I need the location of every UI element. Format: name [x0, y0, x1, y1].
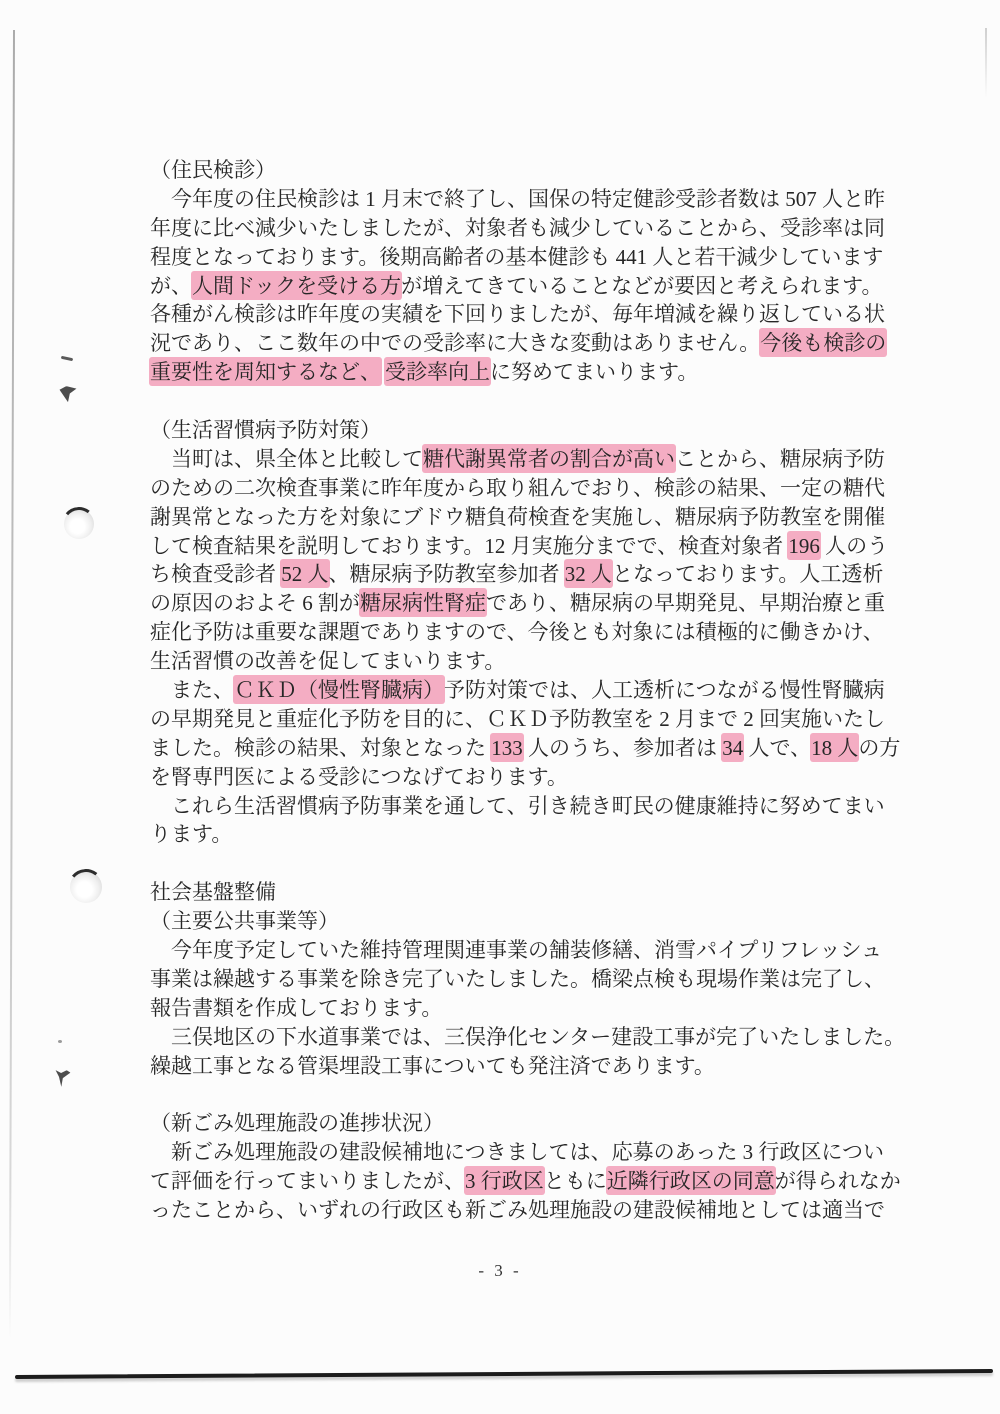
text-line: ち検査受診者 52 人、糖尿病予防教室参加者 32 人となっております。人工透析	[150, 560, 856, 589]
highlighted-text: 重要性を周知するなど、	[149, 357, 382, 386]
text-segment: 当町は、県全体と比較して	[150, 447, 423, 471]
text-segment: 程度となっております。後期高齢者の基本健診も 441 人と若干減少しています	[150, 245, 883, 269]
text-segment: 今年度の住民検診は 1 月末で終了し、国保の特定健診受診者数は 507 人と昨	[150, 187, 885, 211]
text-line: 程度となっております。後期高齢者の基本健診も 441 人と若干減少しています	[150, 243, 856, 272]
text-segment: （生活習慣病予防対策）	[150, 418, 381, 442]
highlighted-text: 196	[787, 531, 821, 560]
text-line: 年度に比べ減少いたしましたが、対象者も減少していることから、受診率は同	[150, 214, 856, 243]
text-segment: （新ごみ処理施設の進捗状況）	[150, 1111, 444, 1135]
text-line: 重要性を周知するなど、受診率向上に努めてまいります。	[150, 358, 856, 387]
text-line: これら生活習慣病予防事業を通して、引き続き町民の健康維持に努めてまい	[150, 792, 856, 821]
text-line: して検査結果を説明しております。12 月実施分までで、検査対象者 196 人のう	[150, 532, 856, 561]
text-segment: 生活習慣の改善を促してまいります。	[150, 649, 505, 673]
text-segment: 、糖尿病予防教室参加者	[329, 562, 565, 586]
text-segment: 年度に比べ減少いたしましたが、対象者も減少していることから、受診率は同	[150, 216, 885, 240]
text-line: を腎専門医による受診につなげております。	[150, 763, 856, 792]
section-heading: 社会基盤整備	[150, 878, 856, 907]
text-segment: ともに	[544, 1169, 607, 1193]
ink-mark	[61, 356, 73, 361]
text-line: ります。	[150, 820, 856, 849]
text-segment: 症化予防は重要な課題でありますので、今後とも対象には積極的に働きかけ、	[150, 620, 884, 644]
text-line: 今年度予定していた維持管理関連事業の舗装修繕、消雪パイプリフレッシュ	[150, 936, 856, 965]
text-segment: 繰越工事となる管渠埋設工事についても発注済であります。	[150, 1054, 715, 1078]
text-segment: して検査結果を説明しております。12 月実施分までで、検査対象者	[150, 534, 788, 558]
text-segment: 各種がん検診は昨年度の実績を下回りましたが、毎年増減を繰り返している状	[150, 302, 885, 326]
text-segment: 況であり、ここ数年の中での受診率に大きな変動はありません。	[150, 331, 760, 355]
punch-hole	[70, 871, 102, 903]
text-segment: の早期発見と重症化予防を目的に、ＣＫＤ予防教室を 2 月まで 2 回実施いたし	[150, 707, 885, 731]
text-line: 当町は、県全体と比較して糖代謝異常者の割合が高いことから、糖尿病予防	[150, 445, 856, 474]
document-body: （住民検診） 今年度の住民検診は 1 月末で終了し、国保の特定健診受診者数は 5…	[150, 156, 856, 1225]
text-line: 今年度の住民検診は 1 月末で終了し、国保の特定健診受診者数は 507 人と昨	[150, 185, 856, 214]
paper-right-edge	[985, 28, 987, 98]
text-line: 三俣地区の下水道事業では、三俣浄化センター建設工事が完了いたしました。	[150, 1023, 856, 1052]
text-segment: のための二次検査事業に昨年度から取り組んでおり、検診の結果、一定の糖代	[150, 476, 885, 500]
text-line: ったことから、いずれの行政区も新ごみ処理施設の建設候補地としては適当で	[150, 1196, 856, 1225]
text-segment: 新ごみ処理施設の建設候補地につきましては、応募のあった 3 行政区につい	[150, 1140, 884, 1164]
text-line: 況であり、ここ数年の中での受診率に大きな変動はありません。今後も検診の	[150, 329, 856, 358]
ink-mark	[58, 1040, 62, 1043]
text-line: の原因のおよそ 6 割が糖尿病性腎症であり、糖尿病の早期発見、早期治療と重	[150, 589, 856, 618]
text-segment: に努めてまいります。	[490, 360, 698, 384]
text-line: 繰越工事となる管渠埋設工事についても発注済であります。	[150, 1052, 856, 1081]
scanned-page: （住民検診） 今年度の住民検診は 1 月末で終了し、国保の特定健診受診者数は 5…	[0, 0, 1000, 1414]
punch-hole	[64, 509, 94, 539]
text-line: 謝異常となった方を対象にブドウ糖負荷検査を実施し、糖尿病予防教室を開催	[150, 503, 856, 532]
text-segment: て評価を行ってまいりましたが、	[150, 1169, 465, 1193]
paper-bottom-edge	[15, 1369, 993, 1379]
text-segment: であり、糖尿病の早期発見、早期治療と重	[486, 591, 885, 615]
text-segment: また、	[150, 678, 234, 702]
blank-line	[150, 387, 856, 416]
text-segment: ったことから、いずれの行政区も新ごみ処理施設の建設候補地としては適当で	[150, 1198, 885, 1222]
text-segment: 人で、	[743, 736, 811, 760]
highlighted-text: 糖尿病性腎症	[359, 588, 487, 617]
highlighted-text: 3 行政区	[464, 1166, 545, 1195]
section-heading: （新ごみ処理施設の進捗状況）	[150, 1109, 856, 1138]
text-line: 新ごみ処理施設の建設候補地につきましては、応募のあった 3 行政区につい	[150, 1138, 856, 1167]
text-segment: 三俣地区の下水道事業では、三俣浄化センター建設工事が完了いたしました。	[150, 1025, 905, 1049]
text-segment: の方	[858, 736, 900, 760]
text-segment: が、	[150, 274, 192, 298]
highlighted-text: 18 人	[810, 733, 859, 762]
section-heading: （主要公共事業等）	[150, 907, 856, 936]
highlighted-text: 34	[721, 733, 744, 762]
text-segment: 今年度予定していた維持管理関連事業の舗装修繕、消雪パイプリフレッシュ	[150, 938, 882, 962]
blank-line	[150, 1081, 856, 1110]
highlighted-text: 52 人	[280, 559, 329, 588]
highlighted-text: 糖代謝異常者の割合が高い	[422, 444, 676, 473]
text-segment: 人のう	[820, 534, 888, 558]
page-number: - 3 -	[0, 1261, 1000, 1281]
text-segment: を腎専門医による受診につなげております。	[150, 765, 568, 789]
highlighted-text: 近隣行政区の同意	[606, 1166, 776, 1195]
text-line: の早期発見と重症化予防を目的に、ＣＫＤ予防教室を 2 月まで 2 回実施いたし	[150, 705, 856, 734]
highlighted-text: 人間ドックを受ける方	[191, 271, 402, 300]
text-line: ました。検診の結果、対象となった 133 人のうち、参加者は 34 人で、18 …	[150, 734, 856, 763]
text-line: のための二次検査事業に昨年度から取り組んでおり、検診の結果、一定の糖代	[150, 474, 856, 503]
text-segment: ました。検診の結果、対象となった	[150, 736, 491, 760]
section-heading: （生活習慣病予防対策）	[150, 416, 856, 445]
text-line: て評価を行ってまいりましたが、3 行政区ともに近隣行政区の同意が得られなか	[150, 1167, 856, 1196]
ink-mark	[59, 385, 78, 403]
text-segment: 報告書類を作成しております。	[150, 996, 442, 1020]
text-line: 症化予防は重要な課題でありますので、今後とも対象には積極的に働きかけ、	[150, 618, 856, 647]
highlighted-text: 受診率向上	[384, 357, 491, 386]
text-line: 事業は繰越する事業を除き完了いたしました。橋梁点検も現場作業は完了し、	[150, 965, 856, 994]
text-segment: 謝異常となった方を対象にブドウ糖負荷検査を実施し、糖尿病予防教室を開催	[150, 505, 885, 529]
text-segment: の原因のおよそ 6 割が	[150, 591, 360, 615]
text-line: 報告書類を作成しております。	[150, 994, 856, 1023]
text-segment: これら生活習慣病予防事業を通して、引き続き町民の健康維持に努めてまい	[150, 794, 885, 818]
paper-left-edge	[9, 30, 15, 1340]
text-segment: ります。	[150, 822, 232, 846]
text-segment: （住民検診）	[150, 158, 276, 182]
text-segment: 社会基盤整備	[150, 880, 276, 904]
text-line: また、ＣＫＤ（慢性腎臓病）予防対策では、人工透析につながる慢性腎臓病	[150, 676, 856, 705]
text-segment: 人のうち、参加者は	[523, 736, 723, 760]
text-segment: （主要公共事業等）	[150, 909, 339, 933]
text-segment: ち検査受診者	[150, 562, 281, 586]
text-segment: 予防対策では、人工透析につながる慢性腎臓病	[444, 678, 885, 702]
ink-mark	[54, 1069, 70, 1087]
highlighted-text: 133	[490, 733, 524, 762]
text-segment: ことから、糖尿病予防	[675, 447, 885, 471]
section-heading: （住民検診）	[150, 156, 856, 185]
highlighted-text: 今後も検診の	[759, 328, 887, 357]
text-line: 各種がん検診は昨年度の実績を下回りましたが、毎年増減を繰り返している状	[150, 300, 856, 329]
highlighted-text: 32 人	[564, 559, 613, 588]
text-segment: が増えてきていることなどが要因と考えられます。	[401, 274, 882, 298]
text-segment: 事業は繰越する事業を除き完了いたしました。橋梁点検も現場作業は完了し、	[150, 967, 885, 991]
blank-line	[150, 849, 856, 878]
text-segment: となっております。人工透析	[612, 562, 883, 586]
highlighted-text: ＣＫＤ（慢性腎臓病）	[233, 675, 445, 704]
text-line: 生活習慣の改善を促してまいります。	[150, 647, 856, 676]
text-line: が、人間ドックを受ける方が増えてきていることなどが要因と考えられます。	[150, 272, 856, 301]
text-segment: が得られなか	[775, 1169, 901, 1193]
